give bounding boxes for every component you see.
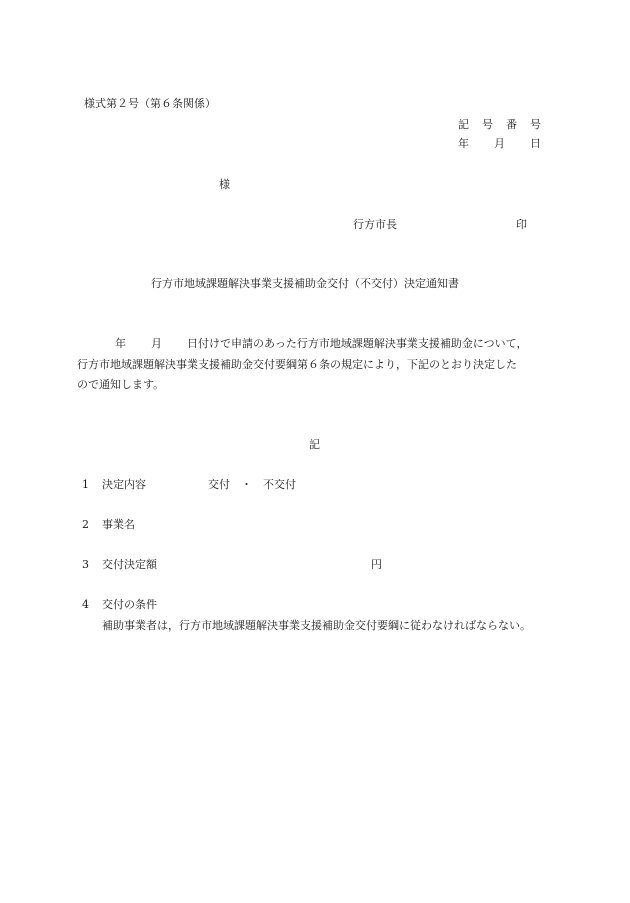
item-4-label: 交付の条件 (102, 598, 157, 612)
document-title: 行方市地域課題解決事業支援補助金交付（不交付）決定通知書 (151, 277, 459, 291)
date-day: 日 (530, 137, 544, 151)
document-date-row: 年月日 (458, 137, 544, 151)
document-number-row: 記号番号 (458, 118, 544, 132)
item-2-number: 2 (82, 518, 89, 532)
addressee-suffix: 様 (219, 178, 230, 192)
body-line-1: 年月日付けで申請のあった行方市地域課題解決事業支援補助金について， (115, 337, 527, 351)
date-month: 月 (494, 137, 530, 151)
item-3-label: 交付決定額 (102, 558, 157, 572)
date-year: 年 (458, 137, 494, 151)
item-2-label: 事業名 (102, 518, 135, 532)
number-char: 号 (482, 118, 506, 132)
number-char: 号 (530, 118, 544, 132)
item-4-number: 4 (82, 598, 89, 612)
item-1-label: 決定内容 (102, 478, 146, 492)
seal-mark: 印 (516, 218, 527, 232)
form-label: 様式第２号（第６条関係） (84, 97, 216, 111)
body-date-month: 月 (151, 337, 187, 351)
item-1-number: 1 (82, 478, 89, 492)
item-4-detail: 補助事業者は，行方市地域課題解決事業支援補助金交付要綱に従わなければならない。 (102, 619, 531, 633)
number-char: 記 (458, 118, 482, 132)
body-date-year: 年 (115, 337, 151, 351)
body-line-3: ので通知します。 (77, 378, 164, 392)
body-line-1-text: 日付けで申請のあった行方市地域課題解決事業支援補助金について， (187, 337, 527, 350)
issuer-title: 行方市長 (353, 218, 397, 232)
item-1-value: 交付 ・ 不交付 (208, 478, 296, 492)
body-line-2: 行方市地域課題解決事業支援補助金交付要綱第６条の規定により，下記のとおり決定した (77, 358, 517, 372)
item-3-yen-unit: 円 (371, 558, 382, 572)
number-char: 番 (506, 118, 530, 132)
item-3-number: 3 (82, 558, 89, 572)
ki-heading: 記 (309, 438, 320, 452)
